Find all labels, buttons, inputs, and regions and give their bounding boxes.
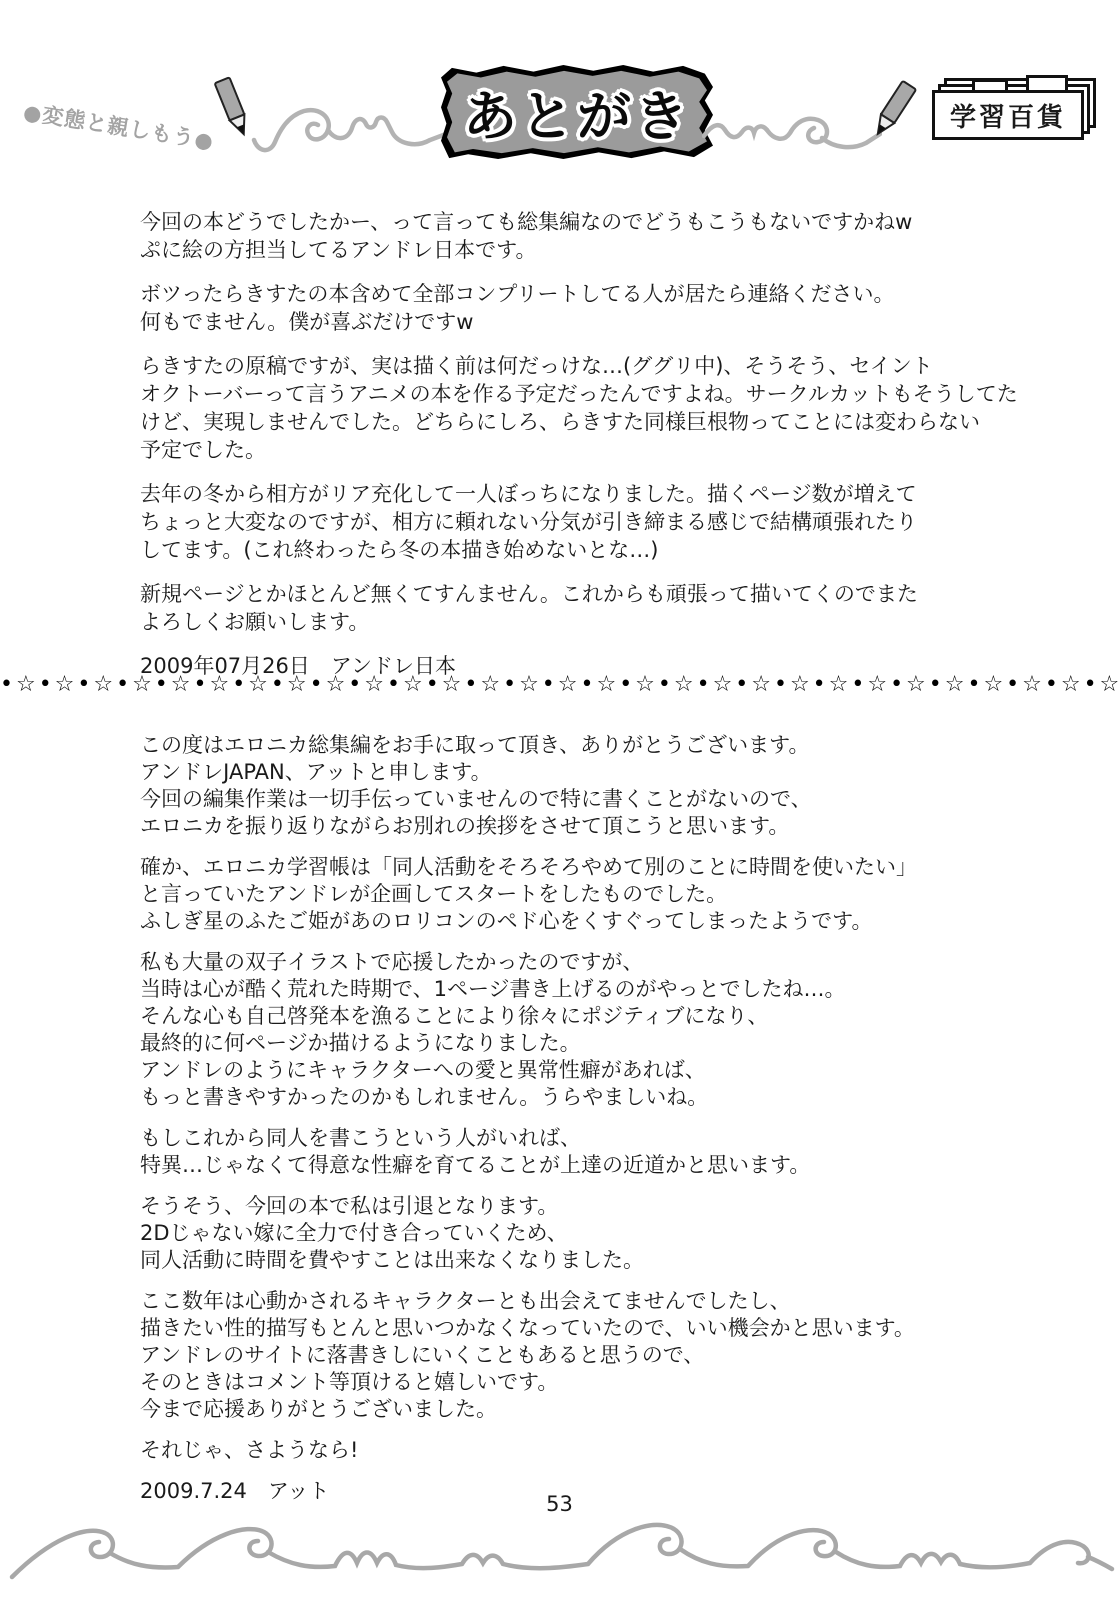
afterword-paragraph: ボツったらきすたの本含めて全部コンプリートしてる人が居たら連絡ください。 何もで…	[140, 280, 1089, 336]
afterword-paragraph: 私も大量の双子イラストで応援したかったのですが、 当時は心が酷く荒れた時期で、1…	[140, 949, 1089, 1111]
title-box: あとがき	[441, 64, 713, 160]
publisher-box: 学習百貨	[932, 90, 1084, 140]
afterword-paragraph: 今回の本どうでしたかー、って言っても総集編なのでどうもこうもないですかねw ぷに…	[140, 208, 1089, 264]
afterword-page: ●変態と親しもう● あとがき	[0, 0, 1119, 1600]
afterword-paragraph: もしこれから同人を書こうという人がいれば、 特異…じゃなくて得意な性癖を育てるこ…	[140, 1125, 1089, 1179]
afterword-paragraph: この度はエロニカ総集編をお手に取って頂き、ありがとうございます。 アンドレJAP…	[140, 732, 1089, 840]
squiggle-line	[702, 96, 882, 162]
afterword-paragraph: そうそう、今回の本で私は引退となります。 2Dじゃない嫁に全力で付き合っていくた…	[140, 1193, 1089, 1274]
afterword-paragraph: 確か、エロニカ学習帳は「同人活動をそろそろやめて別のことに時間を使いたい」 と言…	[140, 854, 1089, 935]
title-box-fill: あとがき	[447, 70, 707, 154]
header-slogan: ●変態と親しもう●	[21, 96, 216, 156]
afterword-paragraph: ここ数年は心動かされるキャラクターとも出会えてませんでしたし、 描きたい性的描写…	[140, 1288, 1089, 1423]
afterword-paragraph: 去年の冬から相方がリア充化して一人ぼっちになりました。描くページ数が増えて ちょ…	[140, 480, 1089, 564]
farewell-line: それじゃ、さようなら!	[140, 1437, 1089, 1464]
afterword-paragraph: 新規ページとかほとんど無くてすんません。これからも頑張って描いてくのでまた よろ…	[140, 580, 1089, 636]
page-title: あとがき	[463, 74, 691, 151]
afterword-section-2: この度はエロニカ総集編をお手に取って頂き、ありがとうございます。 アンドレJAP…	[140, 732, 1089, 1505]
afterword-section-1: 今回の本どうでしたかー、って言っても総集編なのでどうもこうもないですかねw ぷに…	[140, 208, 1089, 680]
publisher-label: 学習百貨	[950, 97, 1066, 134]
star-divider: •☆•☆•☆•☆•☆•☆•☆•☆•☆•☆•☆•☆•☆•☆•☆•☆•☆•☆•☆•☆…	[0, 672, 1119, 697]
afterword-paragraph: らきすたの原稿ですが、実は描く前は何だっけな…(ググリ中)、そうそう、セイント …	[140, 352, 1089, 464]
wave-decoration	[0, 1505, 1119, 1594]
squiggle-line	[248, 96, 448, 162]
